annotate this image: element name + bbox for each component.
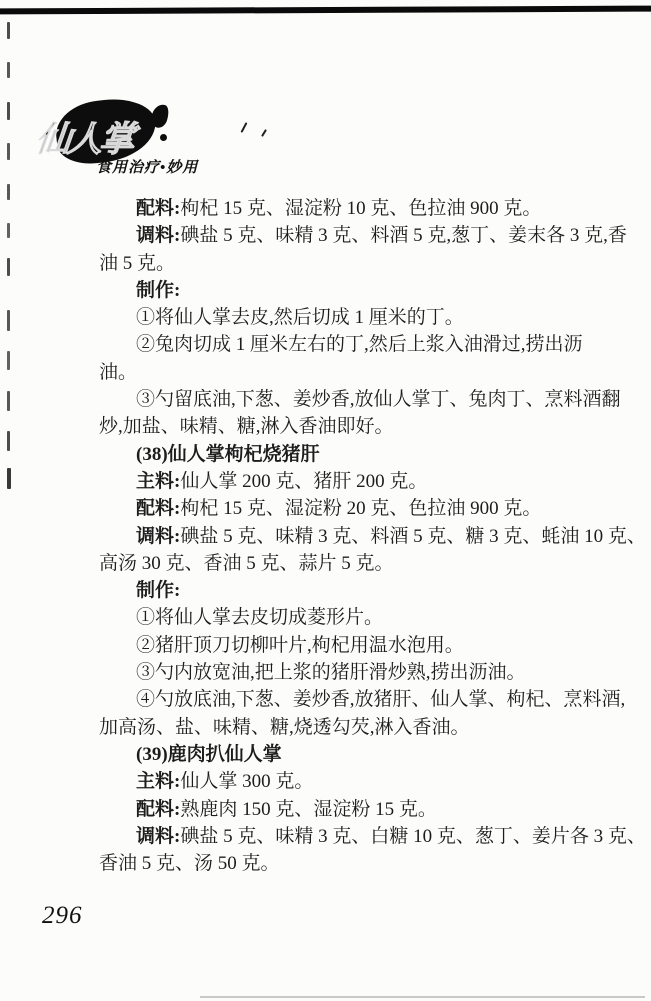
line-label: 制作: bbox=[136, 280, 180, 301]
text-line: 调料:碘盐 5 克、味精 3 克、料酒 5 克,葱丁、姜末各 3 克,香 bbox=[99, 223, 599, 250]
text-line: 调料:碘盐 5 克、味精 3 克、白糖 10 克、葱丁、姜片各 3 克、 bbox=[99, 824, 599, 851]
line-text: 高汤 30 克、香油 5 克、蒜片 5 克。 bbox=[99, 553, 394, 574]
line-text: 仙人掌 200 克、猪肝 200 克。 bbox=[180, 471, 427, 492]
text-line: 主料:仙人掌 300 克。 bbox=[99, 769, 599, 796]
edge-tick-mark bbox=[7, 351, 10, 370]
edge-tick-mark bbox=[7, 102, 10, 120]
text-line: 油 5 克。 bbox=[99, 251, 599, 278]
text-line: ①将仙人掌去皮,然后切成 1 厘米的丁。 bbox=[99, 305, 599, 332]
scan-artifact-bottom-line bbox=[200, 996, 645, 998]
edge-tick-mark bbox=[7, 223, 10, 238]
line-text: 仙人掌 300 克。 bbox=[180, 771, 313, 792]
line-text: (39)鹿肉扒仙人掌 bbox=[136, 744, 282, 765]
line-text: ②猪肝顶刀切柳叶片,枸杞用温水泡用。 bbox=[136, 635, 464, 656]
line-text: ②兔肉切成 1 厘米左右的丁,然后上浆入油滑过,捞出沥 bbox=[136, 334, 583, 355]
text-line: 加高汤、盐、味精、糖,烧透勾芡,淋入香油。 bbox=[99, 715, 599, 742]
text-line: ④勺放底油,下葱、姜炒香,放猪肝、仙人掌、枸杞、烹料酒, bbox=[99, 687, 599, 714]
line-label: 主料: bbox=[136, 771, 180, 792]
text-line: ②兔肉切成 1 厘米左右的丁,然后上浆入油滑过,捞出沥 bbox=[99, 332, 599, 359]
edge-tick-mark bbox=[7, 22, 10, 39]
text-line: ①将仙人掌去皮切成菱形片。 bbox=[99, 605, 599, 632]
edge-tick-mark bbox=[7, 391, 10, 411]
line-label: 制作: bbox=[136, 580, 180, 601]
text-line: 制作: bbox=[99, 278, 599, 305]
line-text: 碘盐 5 克、味精 3 克、白糖 10 克、葱丁、姜片各 3 克、 bbox=[180, 826, 646, 847]
logo-subtitle: 食用治疗•妙用 bbox=[96, 156, 198, 177]
line-label: 主料: bbox=[136, 471, 180, 492]
accent-stroke-icon bbox=[261, 129, 267, 137]
line-text: ③勺留底油,下葱、姜炒香,放仙人掌丁、兔肉丁、烹料酒翻 bbox=[136, 389, 621, 410]
edge-tick-mark bbox=[7, 431, 10, 451]
line-text: 枸杞 15 克、湿淀粉 10 克、色拉油 900 克。 bbox=[180, 198, 541, 219]
ink-splash-icon bbox=[160, 134, 167, 141]
text-line: 香油 5 克、汤 50 克。 bbox=[99, 851, 599, 878]
text-line: 高汤 30 克、香油 5 克、蒜片 5 克。 bbox=[99, 551, 599, 578]
line-text: 炒,加盐、味精、糖,淋入香油即好。 bbox=[99, 416, 394, 437]
line-text: 加高汤、盐、味精、糖,烧透勾芡,淋入香油。 bbox=[99, 717, 470, 738]
line-text: ①将仙人掌去皮切成菱形片。 bbox=[136, 607, 383, 628]
text-line: ②猪肝顶刀切柳叶片,枸杞用温水泡用。 bbox=[99, 633, 599, 660]
line-label: 调料: bbox=[136, 526, 180, 547]
logo-title: 仙人掌 bbox=[33, 112, 134, 162]
line-text: 香油 5 克、汤 50 克。 bbox=[99, 853, 280, 874]
line-text: (38)仙人掌枸杞烧猪肝 bbox=[136, 444, 320, 465]
accent-stroke-icon bbox=[241, 122, 248, 133]
edge-tick-mark bbox=[7, 310, 10, 331]
line-text: 碘盐 5 克、味精 3 克、料酒 5 克、糖 3 克、蚝油 10 克、 bbox=[180, 526, 646, 547]
text-line: 制作: bbox=[99, 578, 599, 605]
text-line: 配料:熟鹿肉 150 克、湿淀粉 15 克。 bbox=[99, 797, 599, 824]
text-line: 配料:枸杞 15 克、湿淀粉 10 克、色拉油 900 克。 bbox=[99, 196, 599, 223]
line-label: 调料: bbox=[136, 225, 180, 246]
line-text: 碘盐 5 克、味精 3 克、料酒 5 克,葱丁、姜末各 3 克,香 bbox=[180, 225, 627, 246]
page-text: 配料:枸杞 15 克、湿淀粉 10 克、色拉油 900 克。 调料:碘盐 5 克… bbox=[99, 196, 599, 878]
edge-tick-mark bbox=[7, 143, 10, 160]
line-label: 配料: bbox=[136, 799, 180, 820]
book-logo: 仙人掌 食用治疗•妙用 bbox=[34, 98, 334, 188]
page-number: 296 bbox=[42, 902, 83, 930]
text-line: 配料:枸杞 15 克、湿淀粉 20 克、色拉油 900 克。 bbox=[99, 496, 599, 523]
edge-tick-mark bbox=[7, 258, 10, 276]
line-text: ①将仙人掌去皮,然后切成 1 厘米的丁。 bbox=[136, 307, 464, 328]
text-line: 炒,加盐、味精、糖,淋入香油即好。 bbox=[99, 414, 599, 441]
scan-artifact-top-line bbox=[0, 6, 651, 15]
recipe-heading: (39)鹿肉扒仙人掌 bbox=[99, 742, 599, 769]
line-text: 油。 bbox=[99, 362, 137, 383]
edge-tick-mark bbox=[7, 184, 10, 200]
line-text: 熟鹿肉 150 克、湿淀粉 15 克。 bbox=[180, 799, 437, 820]
recipe-heading: (38)仙人掌枸杞烧猪肝 bbox=[99, 442, 599, 469]
text-line: 油。 bbox=[99, 360, 599, 387]
edge-tick-mark bbox=[7, 468, 11, 489]
line-text: 油 5 克。 bbox=[99, 253, 175, 274]
line-text: 枸杞 15 克、湿淀粉 20 克、色拉油 900 克。 bbox=[180, 498, 541, 519]
line-text: ④勺放底油,下葱、姜炒香,放猪肝、仙人掌、枸杞、烹料酒, bbox=[136, 689, 625, 710]
line-text: ③勺内放宽油,把上浆的猪肝滑炒熟,捞出沥油。 bbox=[136, 662, 526, 683]
line-label: 调料: bbox=[136, 826, 180, 847]
line-label: 配料: bbox=[136, 198, 180, 219]
text-line: 主料:仙人掌 200 克、猪肝 200 克。 bbox=[99, 469, 599, 496]
edge-tick-mark bbox=[7, 62, 10, 78]
text-line: 调料:碘盐 5 克、味精 3 克、料酒 5 克、糖 3 克、蚝油 10 克、 bbox=[99, 524, 599, 551]
text-line: ③勺内放宽油,把上浆的猪肝滑炒熟,捞出沥油。 bbox=[99, 660, 599, 687]
line-label: 配料: bbox=[136, 498, 180, 519]
text-line: ③勺留底油,下葱、姜炒香,放仙人掌丁、兔肉丁、烹料酒翻 bbox=[99, 387, 599, 414]
